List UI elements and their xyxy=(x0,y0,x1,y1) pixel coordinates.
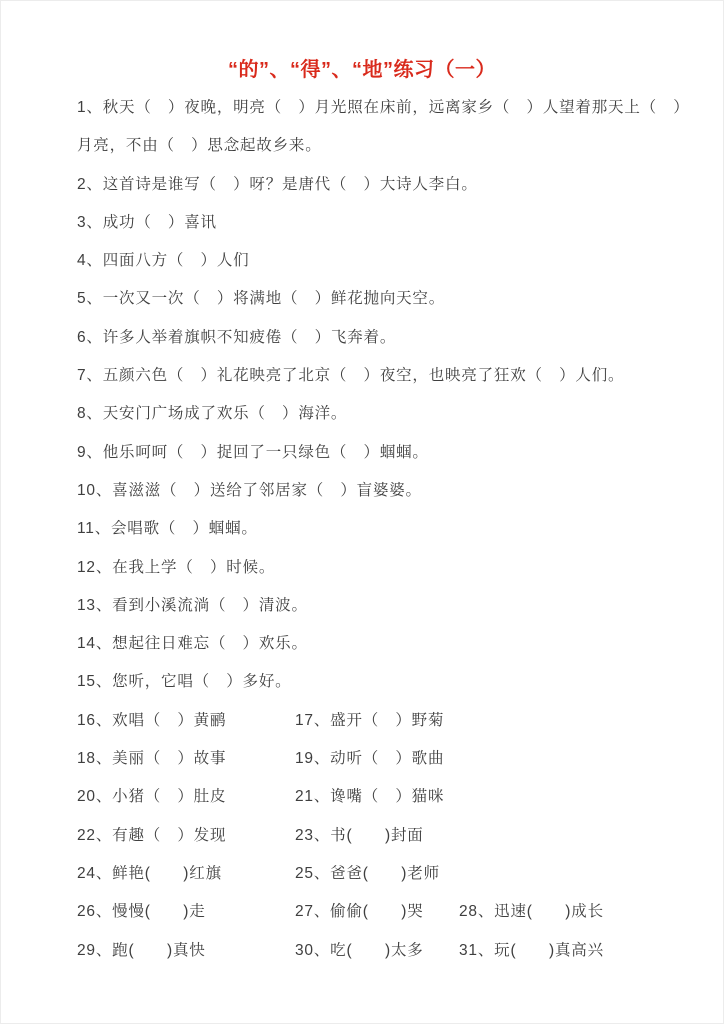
exercise-row-11: 11、会唱歌（ ）蝈蝈。 xyxy=(77,510,688,548)
exercise-row-22-23: 22、有趣（ ）发现 23、书( )封面 xyxy=(77,817,688,855)
exercise-row-29-30-31: 29、跑( )真快 30、吃( )太多 31、玩( )真高兴 xyxy=(77,932,688,970)
exercise-item-22: 22、有趣（ ）发现 xyxy=(77,817,226,855)
exercise-item-4: 4、四面八方（ ）人们 xyxy=(77,242,249,280)
exercise-row-7: 7、五颜六色（ ）礼花映亮了北京（ ）夜空，也映亮了狂欢（ ）人们。 xyxy=(77,357,688,395)
exercise-item-10: 10、喜滋滋（ ）送给了邻居家（ ）盲婆婆。 xyxy=(77,472,422,510)
exercise-item-16: 16、欢唱（ ）黄鹂 xyxy=(77,702,226,740)
exercise-item-23: 23、书( )封面 xyxy=(295,817,424,855)
exercise-item-2: 2、这首诗是谁写（ ）呀？是唐代（ ）大诗人李白。 xyxy=(77,166,478,204)
exercise-row-18-19: 18、美丽（ ）故事 19、动听（ ）歌曲 xyxy=(77,740,688,778)
exercise-item-1-cont: 月亮，不由（ ）思念起故乡来。 xyxy=(77,127,322,165)
exercise-item-8: 8、天安门广场成了欢乐（ ）海洋。 xyxy=(77,395,347,433)
exercise-row-10: 10、喜滋滋（ ）送给了邻居家（ ）盲婆婆。 xyxy=(77,472,688,510)
exercise-row-8: 8、天安门广场成了欢乐（ ）海洋。 xyxy=(77,395,688,433)
exercise-item-27: 27、偷偷( )哭 xyxy=(295,893,424,931)
exercise-item-7: 7、五颜六色（ ）礼花映亮了北京（ ）夜空，也映亮了狂欢（ ）人们。 xyxy=(77,357,624,395)
exercise-item-17: 17、盛开（ ）野菊 xyxy=(295,702,444,740)
exercise-item-15: 15、您听，它唱（ ）多好。 xyxy=(77,663,291,701)
exercise-item-31: 31、玩( )真高兴 xyxy=(459,932,604,970)
exercise-item-6: 6、许多人举着旗帜不知疲倦（ ）飞奔着。 xyxy=(77,319,396,357)
exercise-item-11: 11、会唱歌（ ）蝈蝈。 xyxy=(77,510,258,548)
worksheet-title: “的”、“得”、“地”练习（一） xyxy=(0,53,724,82)
exercise-item-29: 29、跑( )真快 xyxy=(77,932,206,970)
exercise-row-12: 12、在我上学（ ）时候。 xyxy=(77,549,688,587)
exercise-row-1a: 1、秋天（ ）夜晚，明亮（ ）月光照在床前，远离家乡（ ）人望着那天上（ ） xyxy=(77,89,688,127)
exercise-row-16-17: 16、欢唱（ ）黄鹂 17、盛开（ ）野菊 xyxy=(77,702,688,740)
exercise-item-18: 18、美丽（ ）故事 xyxy=(77,740,226,778)
exercise-item-5: 5、一次又一次（ ）将满地（ ）鲜花抛向天空。 xyxy=(77,280,445,318)
exercise-item-1: 1、秋天（ ）夜晚，明亮（ ）月光照在床前，远离家乡（ ）人望着那天上（ ） xyxy=(77,89,690,127)
exercise-row-1b: 月亮，不由（ ）思念起故乡来。 xyxy=(77,127,688,165)
exercise-item-21: 21、谗嘴（ ）猫咪 xyxy=(295,778,444,816)
exercise-item-28: 28、迅速( )成长 xyxy=(459,893,604,931)
exercise-row-4: 4、四面八方（ ）人们 xyxy=(77,242,688,280)
exercise-row-9: 9、他乐呵呵（ ）捉回了一只绿色（ ）蝈蝈。 xyxy=(77,434,688,472)
exercise-row-6: 6、许多人举着旗帜不知疲倦（ ）飞奔着。 xyxy=(77,319,688,357)
exercise-list: 1、秋天（ ）夜晚，明亮（ ）月光照在床前，远离家乡（ ）人望着那天上（ ） 月… xyxy=(77,89,688,970)
exercise-row-24-25: 24、鲜艳( )红旗 25、爸爸( )老师 xyxy=(77,855,688,893)
exercise-row-13: 13、看到小溪流淌（ ）清波。 xyxy=(77,587,688,625)
exercise-row-5: 5、一次又一次（ ）将满地（ ）鲜花抛向天空。 xyxy=(77,280,688,318)
exercise-row-20-21: 20、小猪（ ）肚皮 21、谗嘴（ ）猫咪 xyxy=(77,778,688,816)
exercise-item-13: 13、看到小溪流淌（ ）清波。 xyxy=(77,587,308,625)
exercise-item-12: 12、在我上学（ ）时候。 xyxy=(77,549,275,587)
exercise-item-25: 25、爸爸( )老师 xyxy=(295,855,440,893)
exercise-item-30: 30、吃( )太多 xyxy=(295,932,424,970)
exercise-item-3: 3、成功（ ）喜讯 xyxy=(77,204,217,242)
exercise-row-15: 15、您听，它唱（ ）多好。 xyxy=(77,663,688,701)
exercise-row-14: 14、想起往日难忘（ ）欢乐。 xyxy=(77,625,688,663)
exercise-item-14: 14、想起往日难忘（ ）欢乐。 xyxy=(77,625,308,663)
exercise-item-24: 24、鲜艳( )红旗 xyxy=(77,855,222,893)
exercise-row-3: 3、成功（ ）喜讯 xyxy=(77,204,688,242)
exercise-item-26: 26、慢慢( )走 xyxy=(77,893,206,931)
exercise-item-9: 9、他乐呵呵（ ）捉回了一只绿色（ ）蝈蝈。 xyxy=(77,434,429,472)
exercise-item-19: 19、动听（ ）歌曲 xyxy=(295,740,444,778)
exercise-item-20: 20、小猪（ ）肚皮 xyxy=(77,778,226,816)
exercise-row-26-27-28: 26、慢慢( )走 27、偷偷( )哭 28、迅速( )成长 xyxy=(77,893,688,931)
exercise-row-2: 2、这首诗是谁写（ ）呀？是唐代（ ）大诗人李白。 xyxy=(77,166,688,204)
worksheet-page: “的”、“得”、“地”练习（一） 1、秋天（ ）夜晚，明亮（ ）月光照在床前，远… xyxy=(0,0,724,1024)
